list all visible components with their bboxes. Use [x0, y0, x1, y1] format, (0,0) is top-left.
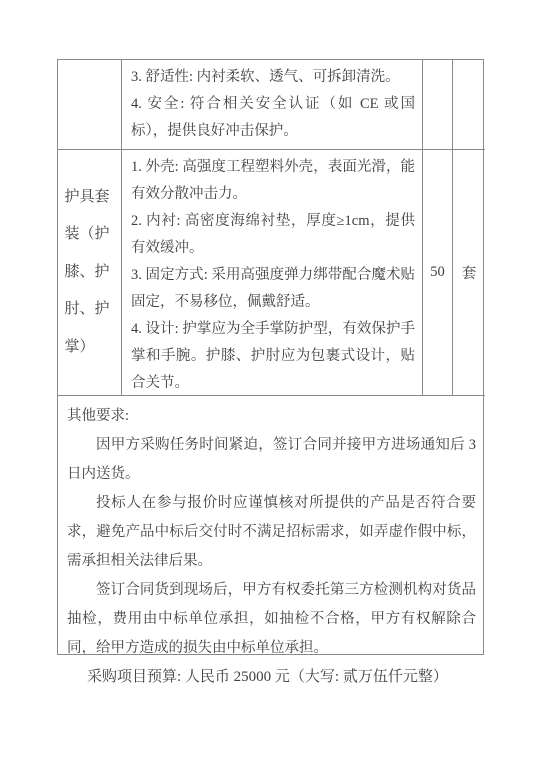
budget-line: 采购项目预算: 人民币 25000 元（大写: 贰万伍仟元整） [57, 666, 484, 688]
requirement-paragraph: 因甲方采购任务时间紧迫，签订合同并接甲方进场通知后 3 日内送货。 [67, 431, 476, 489]
spec-item: 1. 外壳: 高强度工程塑料外壳，表面光滑，能有效分散冲击力。 [131, 154, 415, 208]
quantity-cell-empty [423, 60, 453, 150]
other-requirements-title: 其他要求: [67, 402, 476, 431]
spec-item: 4. 安全: 符合相关安全认证（如 CE 或国标），提供良好冲击保护。 [131, 91, 415, 145]
item-name: 护具套装（护膝、护肘、护掌） [65, 179, 115, 367]
unit-cell-empty [453, 60, 485, 150]
requirement-paragraph: 投标人在参与报价时应谨慎核对所提供的产品是否符合要求，避免产品中标后交付时不满足… [67, 489, 476, 576]
procurement-spec-table: 3. 舒适性: 内衬柔软、透气、可拆卸清洗。 4. 安全: 符合相关安全认证（如… [57, 59, 484, 655]
spec-cell-row2: 1. 外壳: 高强度工程塑料外壳，表面光滑，能有效分散冲击力。 2. 内衬: 高… [122, 150, 423, 396]
item-name-cell: 护具套装（护膝、护肘、护掌） [58, 150, 122, 396]
item-name-cell-empty [58, 60, 122, 150]
unit-cell: 套 [453, 150, 485, 396]
document-page: 3. 舒适性: 内衬柔软、透气、可拆卸清洗。 4. 安全: 符合相关安全认证（如… [0, 0, 543, 768]
spec-item: 3. 固定方式: 采用高强度弹力绑带配合魔术贴固定，不易移位，佩戴舒适。 [131, 262, 415, 316]
spec-cell-row1: 3. 舒适性: 内衬柔软、透气、可拆卸清洗。 4. 安全: 符合相关安全认证（如… [122, 60, 423, 150]
spec-item: 3. 舒适性: 内衬柔软、透气、可拆卸清洗。 [131, 64, 415, 91]
spec-item: 4. 设计: 护掌应为全手掌防护型，有效保护手掌和手腕。护膝、护肘应为包裹式设计… [131, 316, 415, 396]
other-requirements-cell: 其他要求: 因甲方采购任务时间紧迫，签订合同并接甲方进场通知后 3 日内送货。 … [58, 396, 485, 654]
requirement-paragraph: 签订合同货到现场后，甲方有权委托第三方检测机构对货品抽检，费用由中标单位承担，如… [67, 576, 476, 654]
quantity-cell: 50 [423, 150, 453, 396]
spec-item: 2. 内衬: 高密度海绵衬垫，厚度≥1cm，提供有效缓冲。 [131, 208, 415, 262]
